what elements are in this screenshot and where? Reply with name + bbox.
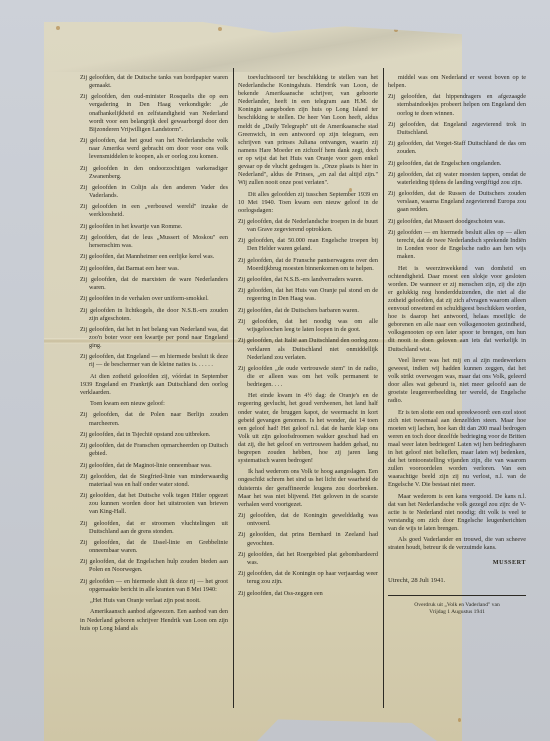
belief-item: Zij geloofden, dat Italië aan Duitschlan… [238, 337, 378, 361]
belief-item: Zij geloofden, dat de Duitschers barbare… [238, 307, 378, 315]
paragraph: Als goed Vaderlander en trouwd, die van … [388, 536, 526, 552]
paragraph: Het einde kwam in 4½ dag: de Oranje's en… [238, 392, 378, 465]
paragraph: Ik had wederom ons Volk te hoog aangesla… [238, 468, 378, 508]
paragraph: Amerikaansch aanbod afgewezen. Een aanbo… [80, 608, 228, 632]
belief-item: Zij geloofden, dat de Nederlandsche troe… [238, 218, 378, 234]
belief-item: Zij geloofden, dat het Roergebied plat g… [238, 551, 378, 567]
belief-item: Zij geloofden in Colijn als den anderen … [80, 184, 228, 200]
belief-item: Zij geloofden, dat Engeland zegevierend … [388, 121, 526, 137]
belief-item: Zij geloofden, dat de marxisten de ware … [80, 276, 228, 292]
belief-item: Zij geloofden, dat Barmat een heer was. [80, 265, 228, 273]
column-2: toevluchtsoord ter beschikking te stelle… [238, 74, 378, 694]
column-3: middel was om Nederland er weest boven o… [388, 74, 526, 694]
belief-item: Zij geloofden, dat Vorget-Staff Duitschl… [388, 140, 526, 156]
belief-item: Zij geloofden, dat N.S.B.-ers landverrad… [238, 276, 378, 284]
horizontal-rule [388, 595, 526, 596]
belief-item: Zij geloofden, dat de Duitsche tanks van… [80, 74, 228, 90]
paragraph: At dien zotheid geloofden zij, vóórdat i… [80, 373, 228, 397]
belief-item: Zij geloofden, dat Oss-zeggen een [238, 590, 378, 598]
belief-item: Zij geloofden, dat de Franschen opmarche… [80, 442, 228, 458]
paragraph: Maar wederom is een kans vergooid. De ka… [388, 493, 526, 533]
column-divider [233, 68, 234, 708]
belief-item: Zij geloofden, dat het goud van het Nede… [80, 137, 228, 161]
belief-item: Zij geloofden, dat zij water moesten tap… [388, 171, 526, 187]
belief-item: Zij geloofden in den ondoorzochtigen var… [80, 165, 228, 181]
belief-item: Zij geloofden, dat de Fransche pantserwa… [238, 257, 378, 273]
belief-item: Zij geloofden in het kwartje van Romme. [80, 223, 228, 231]
belief-item: Zij geloofden, dat de Polen naar Berlijn… [80, 411, 228, 427]
belief-item: Zij geloofden, dat de Maginot-linie onne… [80, 462, 228, 470]
belief-item: Zij geloofden in lichtkogels, die door N… [80, 307, 228, 323]
belief-item: Zij geloofden, dat in Tsjechië opstand z… [80, 431, 228, 439]
paragraph: Toen kwam een nieuw geloof: [80, 400, 228, 408]
belief-item: Zij geloofden „de oude vertrouwde stem" … [238, 365, 378, 389]
belief-item: Zij geloofden, dat Mannheimer een eerlij… [80, 253, 228, 261]
belief-item: Zij geloofden, dat het Huis van Oranje p… [238, 287, 378, 303]
column-divider [383, 68, 384, 708]
belief-item: Zij geloofden, den oud-minister Rosqueli… [80, 93, 228, 133]
belief-item: Zij geloofden, dat Engeland — en hiermed… [80, 353, 228, 369]
belief-item: Zij geloofden, dat Mussert doodgeschoten… [388, 218, 526, 226]
signature: MUSSERT [388, 559, 526, 567]
belief-item: Zij geloofden, dat het in het belang van… [80, 326, 228, 350]
belief-item: Zij geloofden, dat het noodig was om all… [238, 318, 378, 334]
belief-item: Zij geloofden, dat de IJssel-linie en Gr… [80, 539, 228, 555]
belief-item: Zij geloofden, dat het Duitsche volk teg… [80, 492, 228, 516]
belief-item: Zij geloofden — en hiermede sluit ik dez… [80, 578, 228, 594]
belief-item: Zij geloofden, dat prins Bernhard in Zee… [238, 531, 378, 547]
belief-item: Zij geloofden, dat er stroomen vluchteli… [80, 520, 228, 536]
belief-item: Zij geloofden, dat de Koningin gewelddad… [238, 512, 378, 528]
column-1: Zij geloofden, dat de Duitsche tanks van… [80, 74, 228, 694]
paragraph: Veel liever was het mij en al zijn medew… [388, 357, 526, 406]
belief-item: Zij geloofden — en hiermede besluit alle… [388, 229, 526, 261]
paragraph: Er is ten slotte een oud spreekwoord: ee… [388, 409, 526, 490]
belief-item: Zij geloofden, dat de Siegfried-linie va… [80, 473, 228, 489]
belief-item: Zij geloofden in de verhalen over unifor… [80, 295, 228, 303]
belief-item: Zij geloofden, dat de Koningin op haar v… [238, 570, 378, 586]
belief-item: Zij geloofden in een „verbouwd wereld" i… [80, 203, 228, 219]
belief-item: Zij geloofden, dat de Russen de Duitsche… [388, 190, 526, 214]
belief-item: Zij geloofden, dat de Engelschen hulp zo… [80, 558, 228, 574]
rust-stain [218, 27, 222, 31]
belief-item: Zij geloofden, dat de Engelschen ongelan… [388, 160, 526, 168]
rust-stain [56, 26, 60, 30]
rust-stain [458, 718, 461, 722]
belief-item: Zij geloofden, dat 50.000 man Engelsche … [238, 237, 378, 253]
belief-item: Zij geloofden, dat de leus „Mussert of M… [80, 234, 228, 250]
paragraph: Het is weerzinwekkend van domheid en och… [388, 265, 526, 354]
paragraph: „Het Huis van Oranje verlaat zijn post n… [80, 597, 228, 605]
document-body: Zij geloofden, dat de Duitsche tanks van… [80, 74, 460, 694]
paragraph: Dit alles geloofden zij tusschen Septemb… [238, 191, 378, 215]
paragraph: toevluchtsoord ter beschikking te stelle… [238, 74, 378, 187]
belief-item: Zij geloofden, dat hippendragers en afge… [388, 93, 526, 117]
dateline: Utrecht, 28 Juli 1941. [388, 577, 526, 585]
paragraph: middel was om Nederland er weest boven o… [388, 74, 526, 90]
colophon-line: Overdruk uit „Volk en Vaderland" van [388, 602, 526, 609]
colophon-line: Vrijdag 1 Augustus 1941 [388, 609, 526, 616]
